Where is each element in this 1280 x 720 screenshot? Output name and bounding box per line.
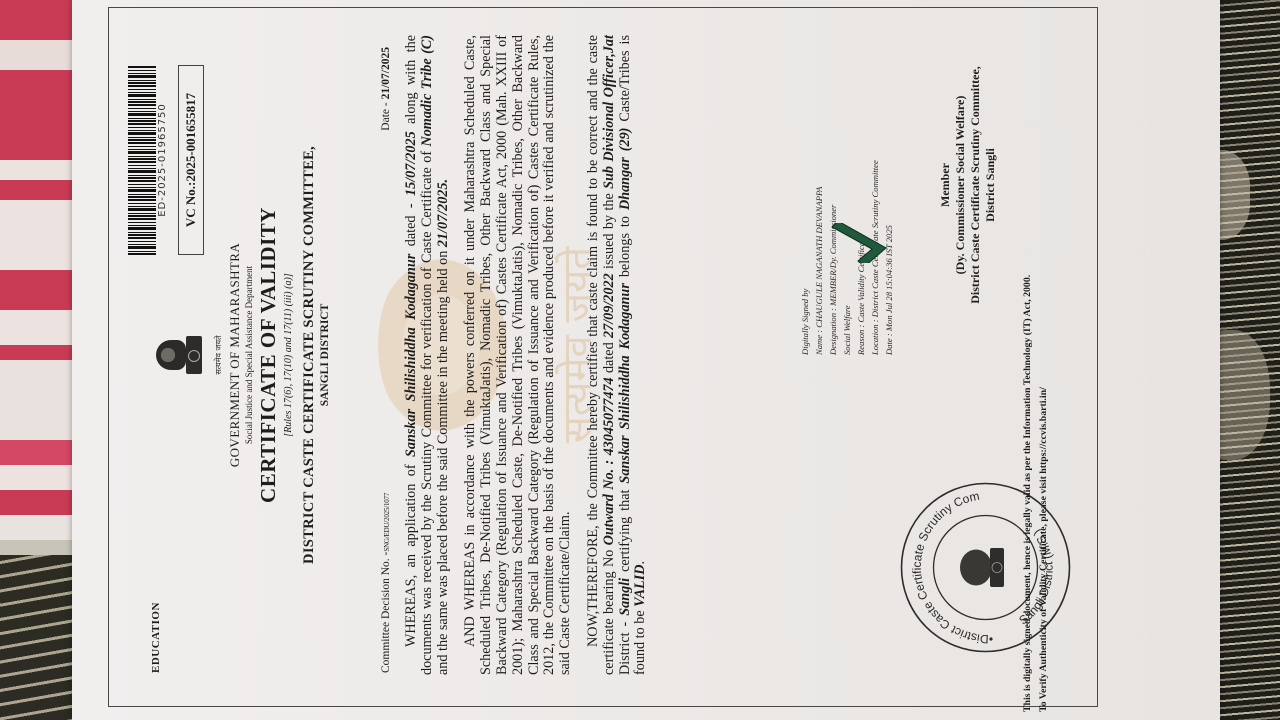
digital-signature-block: Digitally Signed by Name : CHAUGULE NAGA…: [798, 35, 896, 355]
certificate-body: WHEREAS, an application of Sanskar Shili…: [404, 35, 661, 675]
applicant-name: Sanskar Shilishiddha Kodaganur: [403, 254, 419, 457]
certificate-header: सत्यमेव जयते GOVERNMENT OF MAHARASHTRA S…: [156, 0, 331, 715]
outward-date: 27/09/2022: [601, 273, 617, 338]
decision-date: Date - 21/07/2025: [380, 47, 392, 131]
paragraph-now-therefore: NOW,THEREFORE, the Committee hereby cert…: [586, 35, 649, 675]
paragraph-whereas: WHEREAS, an application of Sanskar Shili…: [404, 35, 451, 675]
application-date: 15/07/2025: [403, 131, 419, 196]
national-emblem-icon: [156, 332, 212, 378]
issuing-officer: Sub Divisional Officer,Jat: [601, 35, 617, 189]
rules-reference: [Rules 17(6), 17(10) and 17(11) (iii) (a…: [283, 0, 294, 715]
background-fabric-left-dark: [0, 555, 75, 720]
member-district: District Sangli: [983, 35, 998, 335]
issuing-district: Sangli: [617, 578, 633, 616]
signature-reason: Reason : Caste Validity Certificate: [854, 35, 868, 355]
footer-legal-note: This is digitally signed document, hence…: [1020, 12, 1036, 712]
signer-name: Name : CHAUGULE NAGANATH DEVANAPPA: [812, 35, 826, 355]
decision-number-value: SNG/EDU/2025/1077: [383, 493, 391, 552]
committee-decision-number: Committee Decision No. -SNG/EDU/2025/107…: [380, 493, 392, 673]
validity-result: VALID: [632, 565, 648, 607]
signer-designation: Designation : MEMBER/Dy. Commissioner: [826, 35, 840, 355]
meeting-date: 21/07/2025.: [435, 179, 451, 247]
member-title: Member: [938, 35, 953, 335]
member-committee: District Caste Certificate Scrutiny Comm…: [968, 35, 983, 335]
footer-verify-link[interactable]: To Verify Authenticity of Validity Certi…: [1036, 12, 1052, 712]
certificate-title: CERTIFICATE OF VALIDITY: [256, 0, 281, 715]
signature-date: Date : Mon Jul 28 15:04:36 IST 2025: [882, 35, 896, 355]
government-name: GOVERNMENT OF MAHARASHTRA: [227, 0, 243, 715]
caste-category: Nomadic Tribe (C): [419, 35, 435, 147]
district-name: SANGLI DISTRICT: [319, 0, 331, 715]
paragraph-and-whereas: AND WHEREAS in accordance with the power…: [463, 35, 574, 675]
certificate-footer: This is digitally signed document, hence…: [1020, 12, 1052, 712]
emblem-motto: सत्यमेव जयते: [213, 0, 224, 715]
signer-designation-2: Social Welfare: [840, 35, 854, 355]
signature-heading: Digitally Signed by: [798, 35, 812, 355]
decision-row: Committee Decision No. -SNG/EDU/2025/107…: [380, 47, 392, 673]
member-designation-block: Member (Dy. Commissioner Social Welfare)…: [938, 35, 998, 335]
signature-location: Location : District Caste Certificate Sc…: [868, 35, 882, 355]
caste-name: Dhangar (29): [617, 128, 633, 210]
department-name: Social Justice and Special Assistance De…: [244, 0, 254, 715]
outward-number: Outward No. : 43045077474: [601, 377, 617, 545]
certificate-page: सत्यमेव जयते EDUCATION ED-2025-01965750 …: [108, 0, 1098, 715]
member-role: (Dy. Commissioner Social Welfare): [953, 35, 968, 335]
holder-name: Sanskar Shilishiddha Kodaganur: [617, 283, 633, 483]
barcode-icon: [128, 65, 156, 255]
decision-date-value: 21/07/2025: [380, 47, 392, 99]
committee-title: DISTRICT CASTE CERTIFICATE SCRUTINY COMM…: [301, 0, 318, 715]
